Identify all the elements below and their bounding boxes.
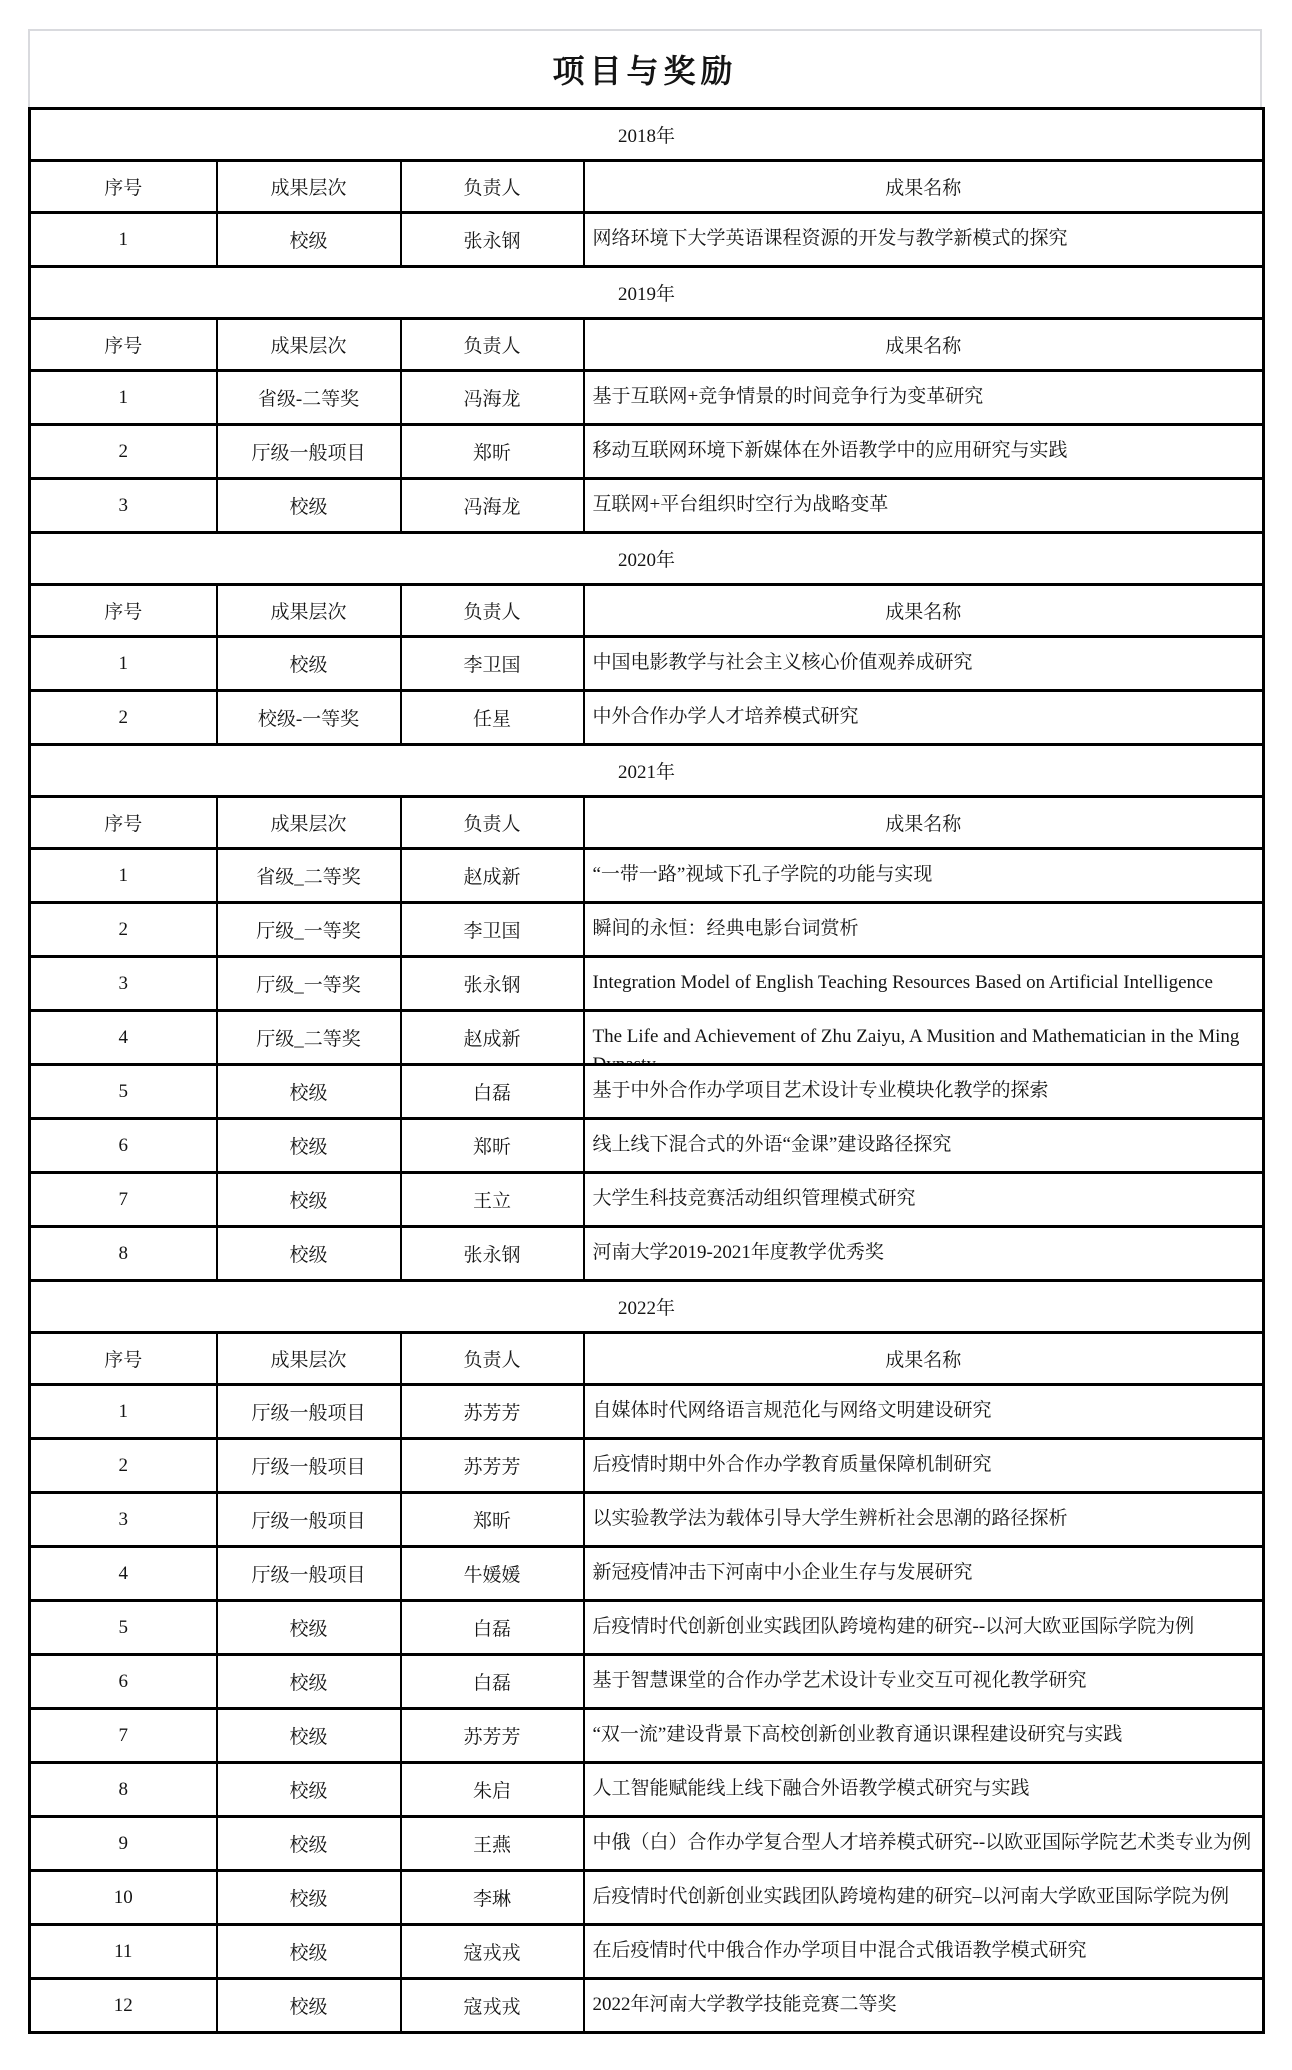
cell-leader: 苏芳芳 <box>401 1439 584 1493</box>
cell-level: 校级 <box>217 1979 401 2033</box>
cell-name: 基于智慧课堂的合作办学艺术设计专业交互可视化教学研究 <box>584 1655 1264 1709</box>
cell-leader: 白磊 <box>401 1655 584 1709</box>
header-row: 序号成果层次负责人成果名称 <box>30 1333 1264 1385</box>
cell-no: 3 <box>30 479 217 533</box>
cell-name-text: “双一流”建设背景下高校创新创业教育通识课程建设研究与实践 <box>585 1710 1263 1761</box>
cell-name-text: 后疫情时期中外合作办学教育质量保障机制研究 <box>585 1440 1263 1491</box>
awards-table-body: 2018年序号成果层次负责人成果名称1校级张永钢网络环境下大学英语课程资源的开发… <box>30 109 1264 2033</box>
cell-no: 1 <box>30 637 217 691</box>
cell-no: 4 <box>30 1011 217 1065</box>
year-row: 2021年 <box>30 745 1264 797</box>
cell-name: 瞬间的永恒：经典电影台词赏析 <box>584 903 1264 957</box>
cell-name: 移动互联网环境下新媒体在外语教学中的应用研究与实践 <box>584 425 1264 479</box>
cell-name-text: 后疫情时代创新创业实践团队跨境构建的研究–以河南大学欧亚国际学院为例 <box>585 1872 1263 1923</box>
cell-leader: 张永钢 <box>401 957 584 1011</box>
cell-leader: 任星 <box>401 691 584 745</box>
cell-no: 10 <box>30 1871 217 1925</box>
cell-leader: 苏芳芳 <box>401 1385 584 1439</box>
cell-level: 厅级_二等奖 <box>217 1011 401 1065</box>
cell-name-text: 大学生科技竞赛活动组织管理模式研究 <box>585 1174 1263 1225</box>
cell-name: 在后疫情时代中俄合作办学项目中混合式俄语教学模式研究 <box>584 1925 1264 1979</box>
year-row: 2019年 <box>30 267 1264 319</box>
table-row: 5校级白磊后疫情时代创新创业实践团队跨境构建的研究--以河大欧亚国际学院为例 <box>30 1601 1264 1655</box>
cell-leader: 白磊 <box>401 1601 584 1655</box>
header-row: 序号成果层次负责人成果名称 <box>30 319 1264 371</box>
cell-name: 自媒体时代网络语言规范化与网络文明建设研究 <box>584 1385 1264 1439</box>
col-header-leader: 负责人 <box>401 797 584 849</box>
col-header-name: 成果名称 <box>584 797 1264 849</box>
cell-level: 校级 <box>217 1119 401 1173</box>
year-row: 2020年 <box>30 533 1264 585</box>
cell-level: 校级 <box>217 1817 401 1871</box>
table-row: 5校级白磊基于中外合作办学项目艺术设计专业模块化教学的探索 <box>30 1065 1264 1119</box>
year-row: 2022年 <box>30 1281 1264 1333</box>
cell-name: The Life and Achievement of Zhu Zaiyu, A… <box>584 1011 1264 1065</box>
table-row: 1省级_二等奖赵成新“一带一路”视域下孔子学院的功能与实现 <box>30 849 1264 903</box>
table-row: 4厅级一般项目牛媛媛新冠疫情冲击下河南中小企业生存与发展研究 <box>30 1547 1264 1601</box>
cell-name: 基于中外合作办学项目艺术设计专业模块化教学的探索 <box>584 1065 1264 1119</box>
cell-level: 厅级一般项目 <box>217 1547 401 1601</box>
cell-name-text: 河南大学2019-2021年度教学优秀奖 <box>585 1228 1263 1279</box>
cell-level: 厅级一般项目 <box>217 1439 401 1493</box>
cell-no: 7 <box>30 1173 217 1227</box>
table-row: 8校级张永钢河南大学2019-2021年度教学优秀奖 <box>30 1227 1264 1281</box>
awards-sheet: 项目与奖励 2018年序号成果层次负责人成果名称1校级张永钢网络环境下大学英语课… <box>28 29 1262 2034</box>
cell-name: 人工智能赋能线上线下融合外语教学模式研究与实践 <box>584 1763 1264 1817</box>
cell-name: 基于互联网+竞争情景的时间竞争行为变革研究 <box>584 371 1264 425</box>
col-header-leader: 负责人 <box>401 319 584 371</box>
col-header-name: 成果名称 <box>584 161 1264 213</box>
col-header-name: 成果名称 <box>584 1333 1264 1385</box>
document-page: 项目与奖励 2018年序号成果层次负责人成果名称1校级张永钢网络环境下大学英语课… <box>0 0 1292 2070</box>
cell-no: 7 <box>30 1709 217 1763</box>
cell-no: 5 <box>30 1065 217 1119</box>
cell-name: “双一流”建设背景下高校创新创业教育通识课程建设研究与实践 <box>584 1709 1264 1763</box>
table-row: 8校级朱启人工智能赋能线上线下融合外语教学模式研究与实践 <box>30 1763 1264 1817</box>
cell-leader: 冯海龙 <box>401 371 584 425</box>
cell-level: 厅级一般项目 <box>217 1493 401 1547</box>
cell-leader: 李卫国 <box>401 903 584 957</box>
cell-no: 2 <box>30 691 217 745</box>
cell-leader: 李卫国 <box>401 637 584 691</box>
cell-name: 后疫情时代创新创业实践团队跨境构建的研究--以河大欧亚国际学院为例 <box>584 1601 1264 1655</box>
cell-no: 3 <box>30 957 217 1011</box>
cell-level: 校级 <box>217 1763 401 1817</box>
cell-no: 3 <box>30 1493 217 1547</box>
cell-name-text: 线上线下混合式的外语“金课”建设路径探究 <box>585 1120 1263 1171</box>
cell-level: 校级 <box>217 1709 401 1763</box>
cell-name-text: 网络环境下大学英语课程资源的开发与教学新模式的探究 <box>585 214 1263 265</box>
cell-level: 校级 <box>217 479 401 533</box>
table-row: 2厅级一般项目苏芳芳后疫情时期中外合作办学教育质量保障机制研究 <box>30 1439 1264 1493</box>
cell-leader: 王燕 <box>401 1817 584 1871</box>
cell-level: 厅级_一等奖 <box>217 957 401 1011</box>
cell-name: 大学生科技竞赛活动组织管理模式研究 <box>584 1173 1264 1227</box>
cell-no: 6 <box>30 1655 217 1709</box>
cell-no: 12 <box>30 1979 217 2033</box>
cell-name-text: 中国电影教学与社会主义核心价值观养成研究 <box>585 638 1263 689</box>
cell-no: 1 <box>30 1385 217 1439</box>
cell-leader: 张永钢 <box>401 1227 584 1281</box>
col-header-no: 序号 <box>30 319 217 371</box>
year-label: 2019年 <box>30 267 1264 319</box>
cell-name: 线上线下混合式的外语“金课”建设路径探究 <box>584 1119 1264 1173</box>
col-header-level: 成果层次 <box>217 797 401 849</box>
cell-no: 1 <box>30 849 217 903</box>
header-row: 序号成果层次负责人成果名称 <box>30 797 1264 849</box>
col-header-leader: 负责人 <box>401 585 584 637</box>
table-row: 12校级寇戎戎2022年河南大学教学技能竞赛二等奖 <box>30 1979 1264 2033</box>
col-header-name: 成果名称 <box>584 585 1264 637</box>
cell-name-text: 以实验教学法为载体引导大学生辨析社会思潮的路径探析 <box>585 1494 1263 1545</box>
cell-name-text: 新冠疫情冲击下河南中小企业生存与发展研究 <box>585 1548 1263 1599</box>
year-label: 2018年 <box>30 109 1264 161</box>
cell-level: 校级-一等奖 <box>217 691 401 745</box>
cell-level: 校级 <box>217 1065 401 1119</box>
table-row: 2厅级一般项目郑昕移动互联网环境下新媒体在外语教学中的应用研究与实践 <box>30 425 1264 479</box>
cell-name-text: The Life and Achievement of Zhu Zaiyu, A… <box>585 1012 1263 1063</box>
year-label: 2022年 <box>30 1281 1264 1333</box>
year-label: 2021年 <box>30 745 1264 797</box>
cell-name: 后疫情时期中外合作办学教育质量保障机制研究 <box>584 1439 1264 1493</box>
header-row: 序号成果层次负责人成果名称 <box>30 161 1264 213</box>
cell-name: 互联网+平台组织时空行为战略变革 <box>584 479 1264 533</box>
cell-level: 厅级一般项目 <box>217 1385 401 1439</box>
cell-no: 5 <box>30 1601 217 1655</box>
cell-name: 2022年河南大学教学技能竞赛二等奖 <box>584 1979 1264 2033</box>
table-row: 1校级李卫国中国电影教学与社会主义核心价值观养成研究 <box>30 637 1264 691</box>
cell-name-text: Integration Model of English Teaching Re… <box>585 958 1263 1009</box>
cell-leader: 冯海龙 <box>401 479 584 533</box>
col-header-level: 成果层次 <box>217 319 401 371</box>
cell-name-text: 瞬间的永恒：经典电影台词赏析 <box>585 904 1263 955</box>
cell-leader: 张永钢 <box>401 213 584 267</box>
cell-leader: 朱启 <box>401 1763 584 1817</box>
cell-leader: 赵成新 <box>401 849 584 903</box>
table-row: 1厅级一般项目苏芳芳自媒体时代网络语言规范化与网络文明建设研究 <box>30 1385 1264 1439</box>
table-row: 6校级白磊基于智慧课堂的合作办学艺术设计专业交互可视化教学研究 <box>30 1655 1264 1709</box>
col-header-no: 序号 <box>30 161 217 213</box>
cell-name: 网络环境下大学英语课程资源的开发与教学新模式的探究 <box>584 213 1264 267</box>
cell-name: 中国电影教学与社会主义核心价值观养成研究 <box>584 637 1264 691</box>
cell-level: 校级 <box>217 1925 401 1979</box>
cell-name-text: 中俄（白）合作办学复合型人才培养模式研究--以欧亚国际学院艺术类专业为例 <box>585 1818 1263 1869</box>
col-header-no: 序号 <box>30 1333 217 1385</box>
table-row: 2厅级_一等奖李卫国瞬间的永恒：经典电影台词赏析 <box>30 903 1264 957</box>
cell-name-text: 2022年河南大学教学技能竞赛二等奖 <box>585 1980 1263 2031</box>
col-header-level: 成果层次 <box>217 585 401 637</box>
cell-name: “一带一路”视域下孔子学院的功能与实现 <box>584 849 1264 903</box>
table-row: 6校级郑昕线上线下混合式的外语“金课”建设路径探究 <box>30 1119 1264 1173</box>
cell-leader: 郑昕 <box>401 425 584 479</box>
cell-level: 校级 <box>217 1871 401 1925</box>
cell-level: 校级 <box>217 1173 401 1227</box>
cell-name-text: 互联网+平台组织时空行为战略变革 <box>585 480 1263 531</box>
table-row: 1省级-二等奖冯海龙基于互联网+竞争情景的时间竞争行为变革研究 <box>30 371 1264 425</box>
col-header-name: 成果名称 <box>584 319 1264 371</box>
table-row: 3校级冯海龙互联网+平台组织时空行为战略变革 <box>30 479 1264 533</box>
header-row: 序号成果层次负责人成果名称 <box>30 585 1264 637</box>
col-header-leader: 负责人 <box>401 161 584 213</box>
cell-leader: 郑昕 <box>401 1493 584 1547</box>
year-row: 2018年 <box>30 109 1264 161</box>
cell-leader: 郑昕 <box>401 1119 584 1173</box>
cell-name: 后疫情时代创新创业实践团队跨境构建的研究–以河南大学欧亚国际学院为例 <box>584 1871 1264 1925</box>
cell-level: 厅级_一等奖 <box>217 903 401 957</box>
cell-no: 8 <box>30 1763 217 1817</box>
cell-name-text: 基于互联网+竞争情景的时间竞争行为变革研究 <box>585 372 1263 423</box>
col-header-level: 成果层次 <box>217 1333 401 1385</box>
col-header-no: 序号 <box>30 797 217 849</box>
cell-name-text: 在后疫情时代中俄合作办学项目中混合式俄语教学模式研究 <box>585 1926 1263 1977</box>
col-header-level: 成果层次 <box>217 161 401 213</box>
table-row: 7校级王立大学生科技竞赛活动组织管理模式研究 <box>30 1173 1264 1227</box>
cell-level: 校级 <box>217 1601 401 1655</box>
cell-name-text: 人工智能赋能线上线下融合外语教学模式研究与实践 <box>585 1764 1263 1815</box>
cell-leader: 王立 <box>401 1173 584 1227</box>
cell-no: 1 <box>30 213 217 267</box>
cell-name-text: “一带一路”视域下孔子学院的功能与实现 <box>585 850 1263 901</box>
cell-no: 11 <box>30 1925 217 1979</box>
cell-no: 6 <box>30 1119 217 1173</box>
table-row: 11校级寇戎戎在后疫情时代中俄合作办学项目中混合式俄语教学模式研究 <box>30 1925 1264 1979</box>
cell-no: 9 <box>30 1817 217 1871</box>
col-header-leader: 负责人 <box>401 1333 584 1385</box>
table-row: 7校级苏芳芳“双一流”建设背景下高校创新创业教育通识课程建设研究与实践 <box>30 1709 1264 1763</box>
cell-name-text: 移动互联网环境下新媒体在外语教学中的应用研究与实践 <box>585 426 1263 477</box>
awards-table: 2018年序号成果层次负责人成果名称1校级张永钢网络环境下大学英语课程资源的开发… <box>28 107 1265 2034</box>
cell-name-text: 中外合作办学人才培养模式研究 <box>585 692 1263 743</box>
cell-name-text: 基于中外合作办学项目艺术设计专业模块化教学的探索 <box>585 1066 1263 1117</box>
cell-leader: 牛媛媛 <box>401 1547 584 1601</box>
cell-leader: 苏芳芳 <box>401 1709 584 1763</box>
cell-name: 以实验教学法为载体引导大学生辨析社会思潮的路径探析 <box>584 1493 1264 1547</box>
cell-name-text: 后疫情时代创新创业实践团队跨境构建的研究--以河大欧亚国际学院为例 <box>585 1602 1263 1653</box>
page-title: 项目与奖励 <box>28 29 1262 107</box>
cell-no: 2 <box>30 425 217 479</box>
cell-level: 校级 <box>217 637 401 691</box>
cell-level: 校级 <box>217 213 401 267</box>
cell-leader: 李琳 <box>401 1871 584 1925</box>
cell-level: 厅级一般项目 <box>217 425 401 479</box>
cell-level: 省级-二等奖 <box>217 371 401 425</box>
cell-leader: 寇戎戎 <box>401 1925 584 1979</box>
cell-leader: 赵成新 <box>401 1011 584 1065</box>
cell-name: 新冠疫情冲击下河南中小企业生存与发展研究 <box>584 1547 1264 1601</box>
cell-level: 省级_二等奖 <box>217 849 401 903</box>
cell-name: 中俄（白）合作办学复合型人才培养模式研究--以欧亚国际学院艺术类专业为例 <box>584 1817 1264 1871</box>
cell-no: 1 <box>30 371 217 425</box>
cell-no: 2 <box>30 903 217 957</box>
cell-no: 2 <box>30 1439 217 1493</box>
cell-no: 4 <box>30 1547 217 1601</box>
table-row: 4厅级_二等奖赵成新The Life and Achievement of Zh… <box>30 1011 1264 1065</box>
cell-name: 河南大学2019-2021年度教学优秀奖 <box>584 1227 1264 1281</box>
table-row: 3厅级_一等奖张永钢Integration Model of English T… <box>30 957 1264 1011</box>
col-header-no: 序号 <box>30 585 217 637</box>
cell-leader: 寇戎戎 <box>401 1979 584 2033</box>
table-row: 3厅级一般项目郑昕以实验教学法为载体引导大学生辨析社会思潮的路径探析 <box>30 1493 1264 1547</box>
cell-name-text: 自媒体时代网络语言规范化与网络文明建设研究 <box>585 1386 1263 1437</box>
table-row: 1校级张永钢网络环境下大学英语课程资源的开发与教学新模式的探究 <box>30 213 1264 267</box>
table-row: 9校级王燕中俄（白）合作办学复合型人才培养模式研究--以欧亚国际学院艺术类专业为… <box>30 1817 1264 1871</box>
cell-no: 8 <box>30 1227 217 1281</box>
table-row: 2校级-一等奖任星中外合作办学人才培养模式研究 <box>30 691 1264 745</box>
cell-level: 校级 <box>217 1227 401 1281</box>
cell-name-text: 基于智慧课堂的合作办学艺术设计专业交互可视化教学研究 <box>585 1656 1263 1707</box>
cell-level: 校级 <box>217 1655 401 1709</box>
cell-name: 中外合作办学人才培养模式研究 <box>584 691 1264 745</box>
table-row: 10校级李琳后疫情时代创新创业实践团队跨境构建的研究–以河南大学欧亚国际学院为例 <box>30 1871 1264 1925</box>
cell-leader: 白磊 <box>401 1065 584 1119</box>
year-label: 2020年 <box>30 533 1264 585</box>
cell-name: Integration Model of English Teaching Re… <box>584 957 1264 1011</box>
